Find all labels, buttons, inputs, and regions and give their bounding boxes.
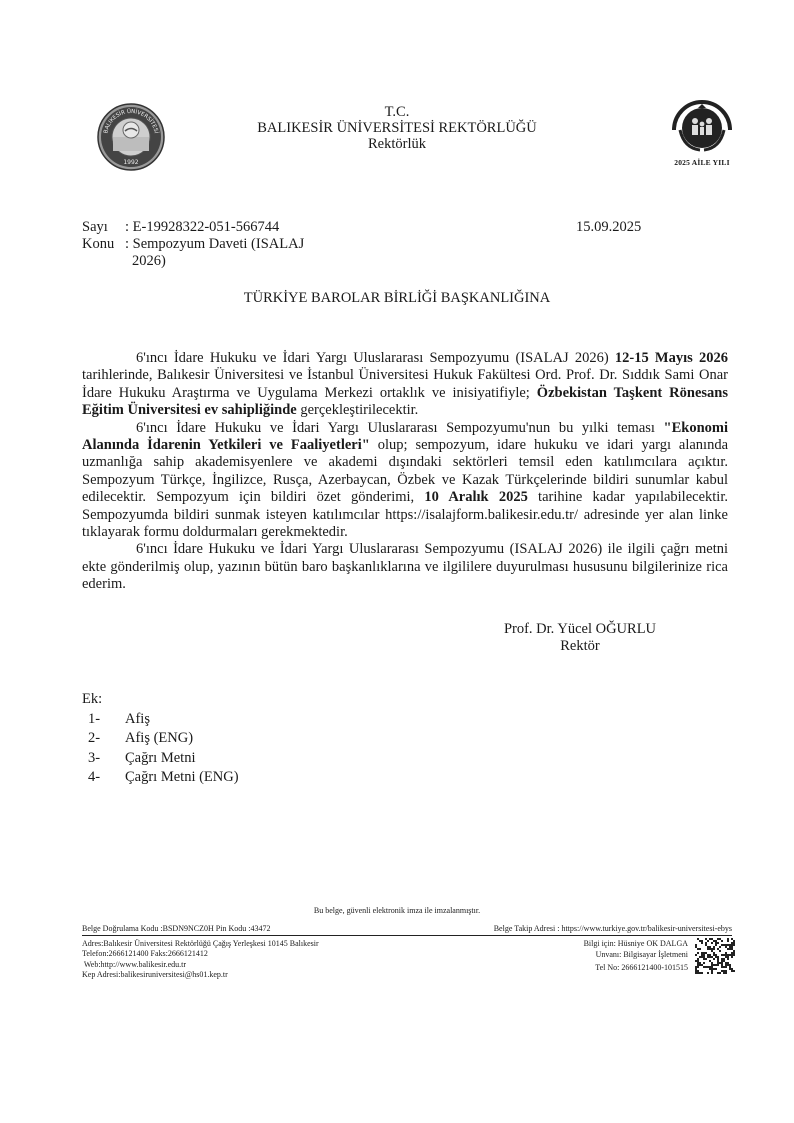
- footer-info: Bilgi için: Hüsniye OK DALGA Unvanı: Bil…: [530, 938, 688, 973]
- university-logo: 1992 BALIKESİR ÜNİVERSİTESİ: [97, 103, 165, 171]
- sayi-value: : E-19928322-051-566744: [125, 219, 279, 236]
- verification-code: Belge Doğrulama Kodu :BSDN9NCZ0H Pin Kod…: [82, 924, 270, 933]
- attachment-item: 2- Afiş (ENG): [82, 729, 239, 749]
- tracking-address[interactable]: Belge Takip Adresi : https://www.turkiye…: [494, 924, 732, 933]
- paragraph-1: 6'ıncı İdare Hukuku ve İdari Yargı Ulusl…: [82, 350, 728, 420]
- konu-value-cont: 2026): [125, 253, 166, 270]
- qr-code-icon: [695, 938, 735, 974]
- konu-value: : Sempozyum Daveti (ISALAJ: [125, 236, 304, 253]
- signatory-name: Prof. Dr. Yücel OĞURLU: [470, 621, 690, 638]
- footer-kep: Kep Adresi:balikesiruniversitesi@hs01.ke…: [82, 970, 319, 980]
- footer-contact: Adres:Balıkesir Üniversitesi Rektörlüğü …: [82, 939, 319, 981]
- document-meta: Sayı : E-19928322-051-566744 Konu : Semp…: [82, 219, 304, 270]
- paragraph-2: 6'ıncı İdare Hukuku ve İdari Yargı Ulusl…: [82, 420, 728, 542]
- attachment-item: 4- Çağrı Metni (ENG): [82, 768, 239, 788]
- signatory-title: Rektör: [470, 638, 690, 655]
- konu-label: Konu: [82, 236, 125, 253]
- sayi-label: Sayı: [82, 219, 125, 236]
- attachment-item: 3- Çağrı Metni: [82, 749, 239, 769]
- info-phone: Tel No: 2666121400-101515: [530, 962, 688, 973]
- footer-phone: Telefon:2666121400 Faks:2666121412: [82, 949, 319, 959]
- info-title: Unvanı: Bilgisayar İşletmeni: [530, 949, 688, 960]
- family-year-logo: 2025 AİLE YILI: [662, 96, 742, 174]
- letterhead: T.C. BALIKESİR ÜNİVERSİTESİ REKTÖRLÜĞÜ R…: [200, 104, 594, 152]
- footer-address: Adres:Balıkesir Üniversitesi Rektörlüğü …: [82, 939, 319, 949]
- footer-web[interactable]: Web:http://www.balikesir.edu.tr: [82, 960, 319, 970]
- addressee: TÜRKİYE BAROLAR BİRLİĞİ BAŞKANLIĞINA: [0, 290, 794, 307]
- paragraph-3: 6'ıncı İdare Hukuku ve İdari Yargı Ulusl…: [82, 541, 728, 593]
- svg-text:1992: 1992: [123, 159, 138, 166]
- footer-codes: Belge Doğrulama Kodu :BSDN9NCZ0H Pin Kod…: [82, 924, 732, 933]
- info-contact: Bilgi için: Hüsniye OK DALGA: [530, 938, 688, 949]
- esign-note: Bu belge, güvenli elektronik imza ile im…: [0, 906, 794, 915]
- signature-block: Prof. Dr. Yücel OĞURLU Rektör: [470, 621, 690, 655]
- header-tc: T.C.: [200, 104, 594, 120]
- attachments: Ek: 1- Afiş 2- Afiş (ENG) 3- Çağrı Metni…: [82, 690, 239, 788]
- attachments-label: Ek:: [82, 690, 239, 710]
- header-unit: Rektörlük: [200, 136, 594, 152]
- attachment-item: 1- Afiş: [82, 710, 239, 730]
- header-institution: BALIKESİR ÜNİVERSİTESİ REKTÖRLÜĞÜ: [200, 120, 594, 136]
- letter-body: 6'ıncı İdare Hukuku ve İdari Yargı Ulusl…: [82, 350, 728, 594]
- footer-divider: [82, 935, 732, 936]
- document-date: 15.09.2025: [576, 219, 641, 236]
- family-year-caption: 2025 AİLE YILI: [662, 158, 742, 167]
